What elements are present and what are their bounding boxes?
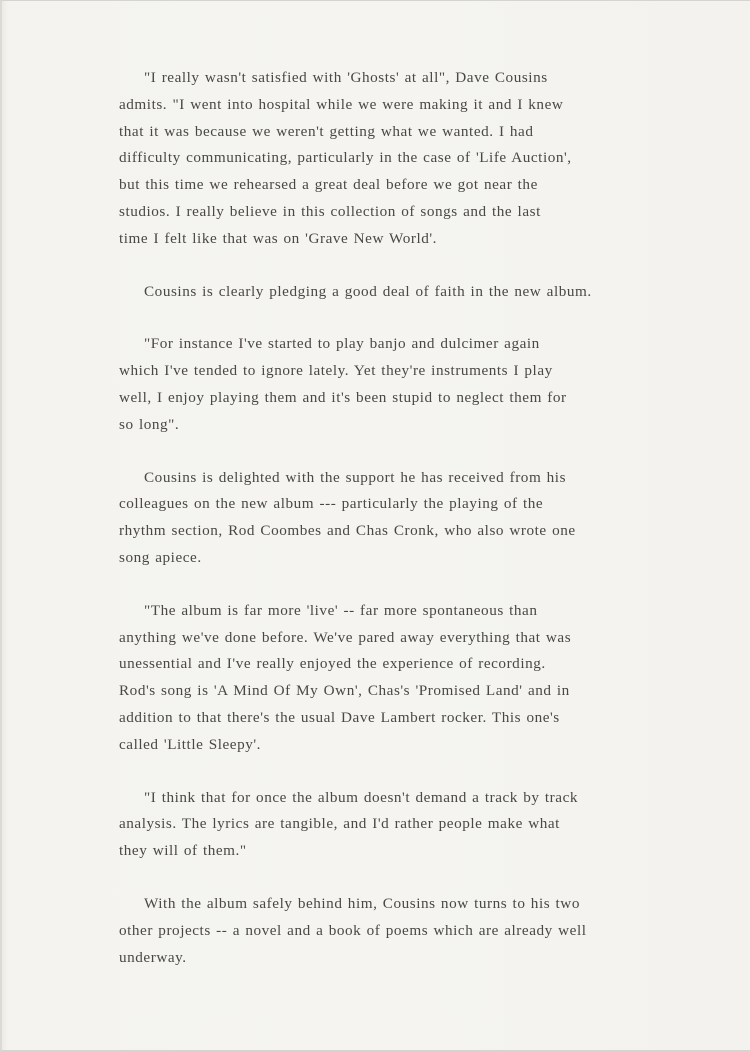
text-line: addition to that there's the usual Dave … [119, 705, 679, 732]
text-line: well, I enjoy playing them and it's been… [119, 385, 679, 412]
document-page: "I really wasn't satisfied with 'Ghosts'… [0, 0, 750, 1051]
text-line: they will of them." [119, 838, 679, 865]
text-line: "I really wasn't satisfied with 'Ghosts'… [119, 65, 679, 92]
text-line: unessential and I've really enjoyed the … [119, 651, 679, 678]
text-line: "For instance I've started to play banjo… [119, 331, 679, 358]
text-line: which I've tended to ignore lately. Yet … [119, 358, 679, 385]
text-line: anything we've done before. We've pared … [119, 625, 679, 652]
text-line: so long". [119, 412, 679, 439]
text-line: "I think that for once the album doesn't… [119, 785, 679, 812]
text-line: other projects -- a novel and a book of … [119, 918, 679, 945]
paragraph-live-quote: "The album is far more 'live' -- far mor… [119, 598, 679, 759]
text-line: Cousins is clearly pledging a good deal … [119, 279, 679, 306]
text-line: rhythm section, Rod Coombes and Chas Cro… [119, 518, 679, 545]
text-line: "The album is far more 'live' -- far mor… [119, 598, 679, 625]
paragraph-colleagues: Cousins is delighted with the support he… [119, 465, 679, 572]
text-line: Rod's song is 'A Mind Of My Own', Chas's… [119, 678, 679, 705]
text-line: colleagues on the new album --- particul… [119, 491, 679, 518]
text-line: Cousins is delighted with the support he… [119, 465, 679, 492]
text-line: underway. [119, 945, 679, 972]
paragraph-projects: With the album safely behind him, Cousin… [119, 891, 679, 971]
text-line: called 'Little Sleepy'. [119, 732, 679, 759]
paragraph-faith: Cousins is clearly pledging a good deal … [119, 279, 679, 306]
text-line: difficulty communicating, particularly i… [119, 145, 679, 172]
text-line: time I felt like that was on 'Grave New … [119, 226, 679, 253]
text-line: With the album safely behind him, Cousin… [119, 891, 679, 918]
text-line: song apiece. [119, 545, 679, 572]
paragraph-ghosts-quote: "I really wasn't satisfied with 'Ghosts'… [119, 65, 679, 253]
text-line: admits. "I went into hospital while we w… [119, 92, 679, 119]
paragraph-banjo-quote: "For instance I've started to play banjo… [119, 331, 679, 438]
paragraph-analysis-quote: "I think that for once the album doesn't… [119, 785, 679, 865]
text-line: studios. I really believe in this collec… [119, 199, 679, 226]
text-line: analysis. The lyrics are tangible, and I… [119, 811, 679, 838]
text-line: that it was because we weren't getting w… [119, 119, 679, 146]
text-line: but this time we rehearsed a great deal … [119, 172, 679, 199]
document-body: "I really wasn't satisfied with 'Ghosts'… [119, 65, 679, 997]
